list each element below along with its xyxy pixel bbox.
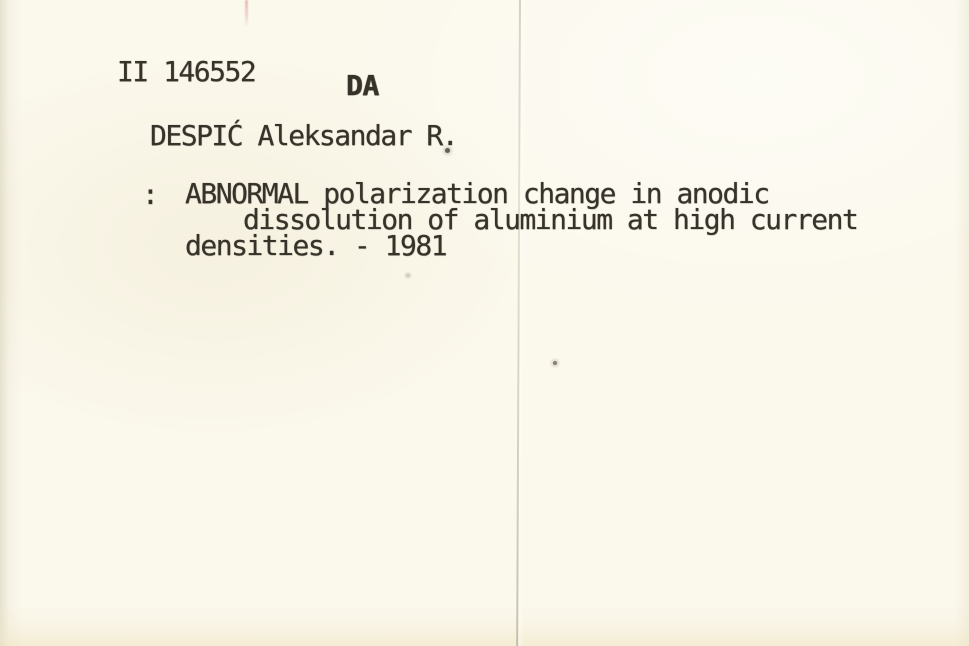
call-number: II 146552 [117, 58, 255, 86]
title-line: densities. - 1981 [185, 232, 446, 260]
ink-speck [553, 361, 557, 365]
red-crease-mark [245, 0, 248, 27]
title-separator: : [142, 181, 157, 209]
library-catalog-card: II 146552 DA DESPIĆ Aleksandar R. : ABNO… [0, 0, 969, 646]
paper-smudge [405, 273, 411, 278]
classification-code: DA [346, 72, 379, 100]
author-heading: DESPIĆ Aleksandar R. [150, 122, 457, 150]
